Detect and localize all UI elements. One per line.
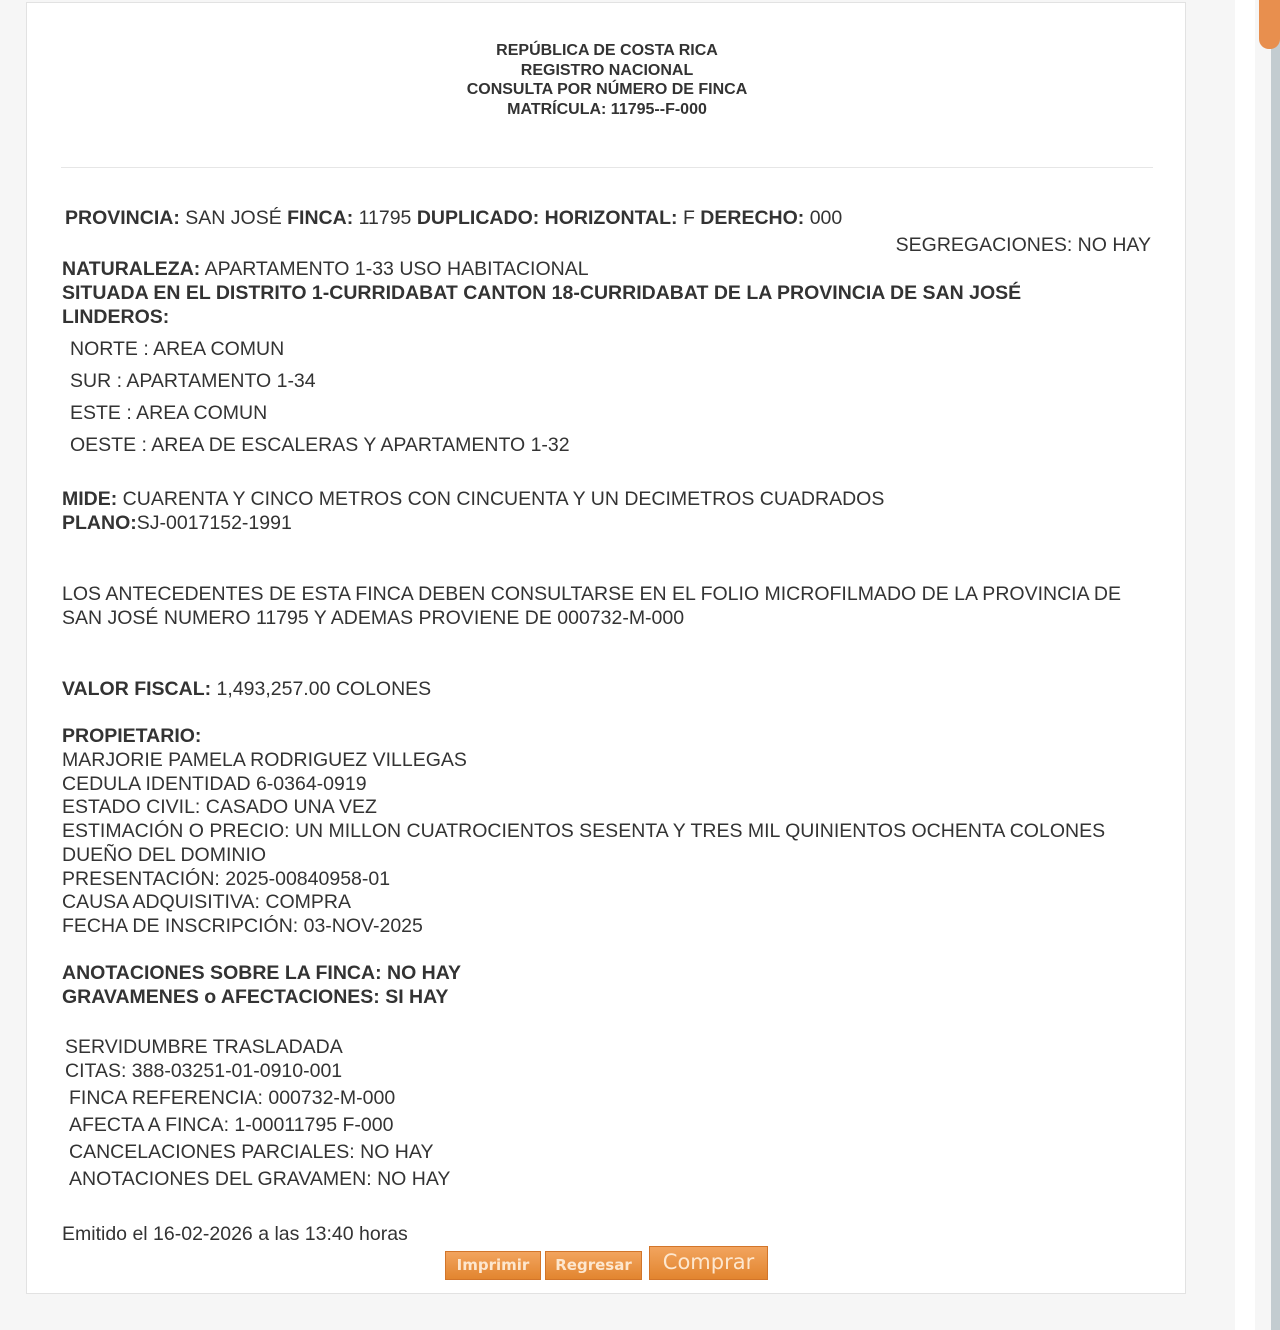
- propietario-cedula: CEDULA IDENTIDAD 6-0364-0919: [62, 772, 367, 796]
- valor-fiscal-value: 1,493,257.00 COLONES: [211, 678, 431, 700]
- segregaciones: SEGREGACIONES: NO HAY: [896, 233, 1151, 257]
- finca-value: 11795: [353, 207, 417, 229]
- situada-line: SITUADA EN EL DISTRITO 1-CURRIDABAT CANT…: [62, 281, 1021, 305]
- derecho-label: DERECHO:: [700, 207, 804, 229]
- propietario-estimacion: ESTIMACIÓN O PRECIO: UN MILLON CUATROCIE…: [62, 819, 1105, 843]
- finca-label: FINCA:: [287, 207, 353, 229]
- mide-line: MIDE: CUARENTA Y CINCO METROS CON CINCUE…: [62, 487, 884, 511]
- gravamen-afecta-finca: AFECTA A FINCA: 1-00011795 F-000: [69, 1113, 393, 1137]
- scrollbar-thumb[interactable]: [1259, 0, 1280, 49]
- header-query-type: CONSULTA POR NÚMERO DE FINCA: [27, 80, 1187, 100]
- lindero-norte: NORTE : AREA COMUN: [70, 337, 284, 361]
- valor-fiscal-label: VALOR FISCAL:: [62, 678, 211, 700]
- valor-fiscal-line: VALOR FISCAL: 1,493,257.00 COLONES: [62, 677, 431, 701]
- duplicado-label: DUPLICADO:: [417, 207, 539, 229]
- buy-button[interactable]: Comprar: [649, 1246, 768, 1280]
- gravamenes-afectaciones: GRAVAMENES o AFECTACIONES: SI HAY: [62, 985, 448, 1009]
- horizontal-label: HORIZONTAL:: [539, 207, 677, 229]
- header-registry: REGISTRO NACIONAL: [27, 61, 1187, 81]
- gravamen-anotaciones: ANOTACIONES DEL GRAVAMEN: NO HAY: [69, 1167, 450, 1191]
- propietario-causa: CAUSA ADQUISITIVA: COMPRA: [62, 890, 351, 914]
- back-button[interactable]: Regresar: [545, 1251, 642, 1280]
- linderos-label: LINDEROS:: [62, 305, 169, 329]
- header-matricula: MATRÍCULA: 11795--F-000: [27, 100, 1187, 120]
- plano-line: PLANO:SJ-0017152-1991: [62, 511, 292, 535]
- propietario-presentacion: PRESENTACIÓN: 2025-00840958-01: [62, 867, 390, 891]
- page-margin: [1235, 0, 1255, 1330]
- gravamen-tipo: SERVIDUMBRE TRASLADADA: [65, 1035, 343, 1059]
- propietario-dominio: DUEÑO DEL DOMINIO: [62, 843, 266, 867]
- antecedentes-line-1: LOS ANTECEDENTES DE ESTA FINCA DEBEN CON…: [62, 582, 1121, 606]
- scrollbar-track[interactable]: [1271, 0, 1280, 1330]
- propietario-label: PROPIETARIO:: [62, 724, 201, 748]
- finca-report-card: REPÚBLICA DE COSTA RICA REGISTRO NACIONA…: [26, 2, 1186, 1294]
- lindero-este: ESTE : AREA COMUN: [70, 401, 267, 425]
- anotaciones-finca: ANOTACIONES SOBRE LA FINCA: NO HAY: [62, 961, 461, 985]
- print-button[interactable]: Imprimir: [445, 1251, 541, 1280]
- horizontal-value: F: [678, 207, 701, 229]
- propietario-nombre: MARJORIE PAMELA RODRIGUEZ VILLEGAS: [62, 748, 467, 772]
- lindero-oeste: OESTE : AREA DE ESCALERAS Y APARTAMENTO …: [70, 433, 570, 457]
- plano-label: PLANO:: [62, 512, 137, 534]
- antecedentes-line-2: SAN JOSÉ NUMERO 11795 Y ADEMAS PROVIENE …: [62, 606, 684, 630]
- propietario-fecha-inscripcion: FECHA DE INSCRIPCIÓN: 03-NOV-2025: [62, 914, 423, 938]
- naturaleza-value: APARTAMENTO 1-33 USO HABITACIONAL: [200, 258, 588, 280]
- finca-summary-line: PROVINCIA: SAN JOSÉ FINCA: 11795 DUPLICA…: [65, 206, 842, 230]
- mide-value: CUARENTA Y CINCO METROS CON CINCUENTA Y …: [117, 488, 884, 510]
- plano-value: SJ-0017152-1991: [137, 512, 292, 534]
- mide-label: MIDE:: [62, 488, 117, 510]
- provincia-label: PROVINCIA:: [65, 207, 180, 229]
- naturaleza-line: NATURALEZA: APARTAMENTO 1-33 USO HABITAC…: [62, 257, 589, 281]
- provincia-value: SAN JOSÉ: [180, 207, 287, 229]
- emitido-timestamp: Emitido el 16-02-2026 a las 13:40 horas: [62, 1222, 408, 1246]
- report-header: REPÚBLICA DE COSTA RICA REGISTRO NACIONA…: [27, 41, 1187, 119]
- gravamen-finca-referencia: FINCA REFERENCIA: 000732-M-000: [69, 1086, 395, 1110]
- derecho-value: 000: [804, 207, 842, 229]
- lindero-sur: SUR : APARTAMENTO 1-34: [70, 369, 316, 393]
- header-country: REPÚBLICA DE COSTA RICA: [27, 41, 1187, 61]
- gravamen-cancelaciones: CANCELACIONES PARCIALES: NO HAY: [69, 1140, 433, 1164]
- propietario-estado-civil: ESTADO CIVIL: CASADO UNA VEZ: [62, 795, 377, 819]
- naturaleza-label: NATURALEZA:: [62, 258, 200, 280]
- header-divider: [61, 167, 1153, 168]
- gravamen-citas: CITAS: 388-03251-01-0910-001: [65, 1059, 342, 1083]
